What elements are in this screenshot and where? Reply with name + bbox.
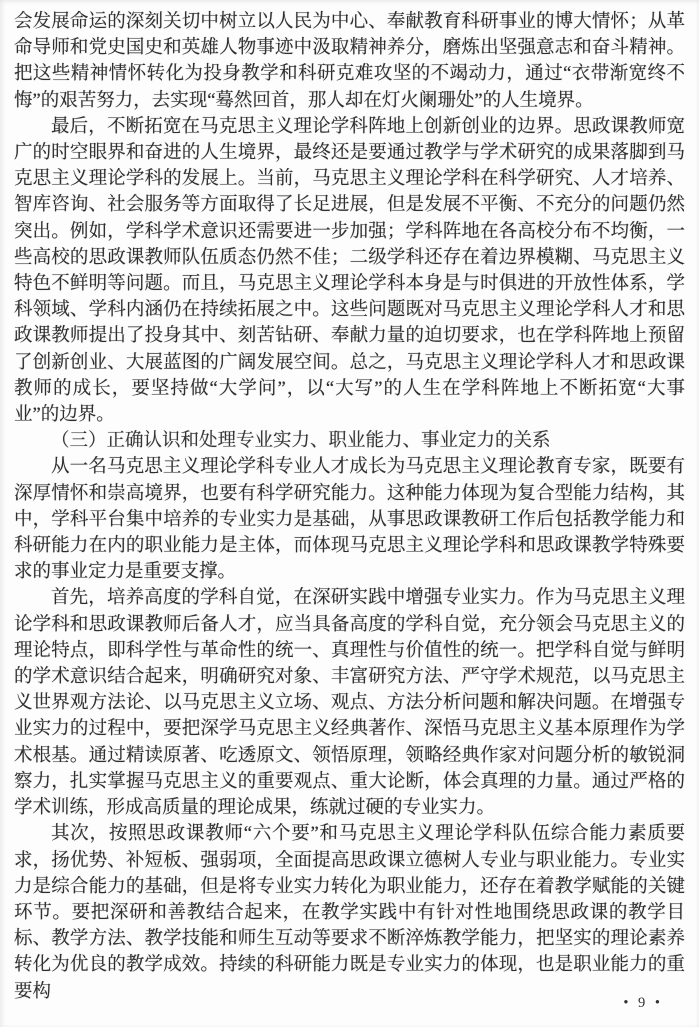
- section-heading: （三）正确认识和处理专业实力、职业能力、事业定力的关系: [14, 428, 685, 454]
- paragraph: 首先，培养高度的学科自觉，在深研实践中增强专业实力。作为马克思主义理论学科和思政…: [14, 585, 685, 821]
- paragraph: 从一名马克思主义理论学科专业人才成长为马克思主义理论教育专家，既要有深厚情怀和崇…: [14, 454, 685, 585]
- paragraph-continuation: 会发展命运的深刻关切中树立以人民为中心、奉献教育科研事业的博大情怀；从革命导师和…: [14, 9, 685, 114]
- paragraph: 其次，按照思政课教师“六个要”和马克思主义理论学科队伍综合能力素质要求，扬优势、…: [14, 821, 685, 1004]
- paragraph: 最后，不断拓宽在马克思主义理论学科阵地上创新创业的边界。思政课教师宽广的时空眼界…: [14, 114, 685, 428]
- page-number: • 9 •: [623, 990, 663, 1016]
- document-page: 会发展命运的深刻关切中树立以人民为中心、奉献教育科研事业的博大情怀；从革命导师和…: [0, 0, 699, 1027]
